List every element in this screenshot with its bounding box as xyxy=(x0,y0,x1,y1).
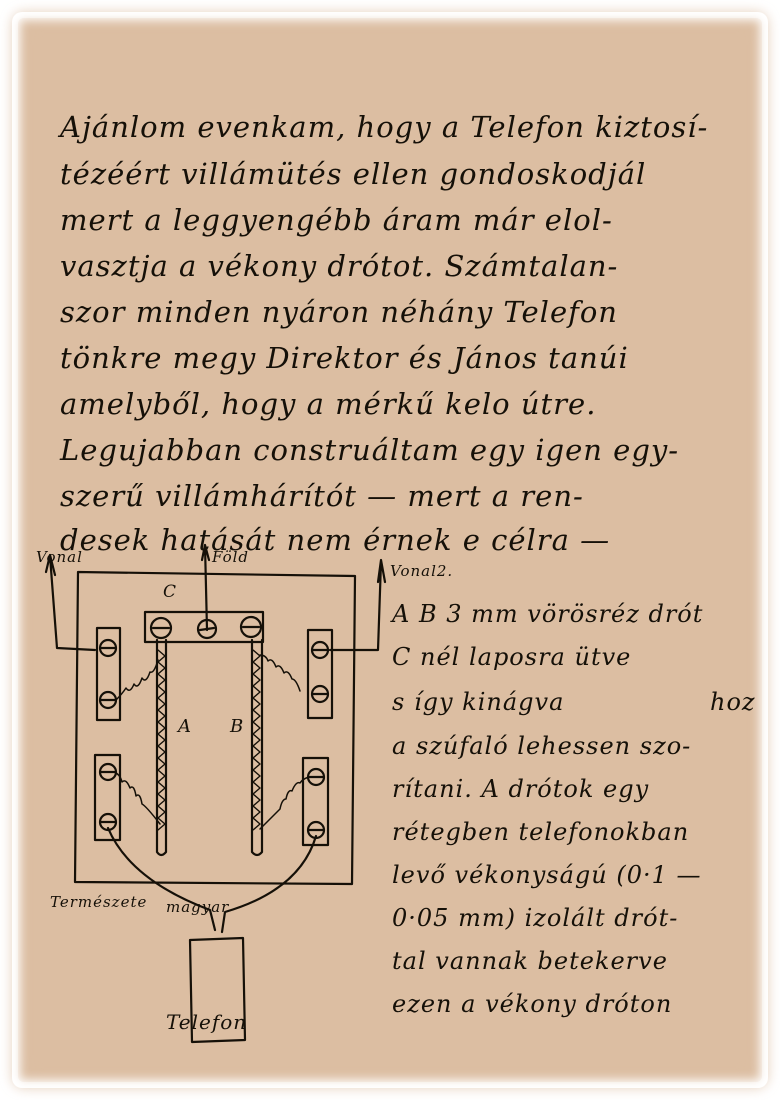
label-telefon: Telefon xyxy=(166,1010,247,1034)
label-fold: Föld xyxy=(212,548,249,566)
label-vonal: Vonal xyxy=(36,548,83,566)
label-magyar: magyar xyxy=(166,898,229,916)
label-b: B xyxy=(230,716,244,737)
label-a: A xyxy=(178,716,192,737)
label-vonal2: Vonal2. xyxy=(390,562,453,580)
label-termeszete: Természete xyxy=(50,893,147,911)
label-c: C xyxy=(163,582,177,602)
lightning-arrester-diagram xyxy=(0,0,780,1100)
